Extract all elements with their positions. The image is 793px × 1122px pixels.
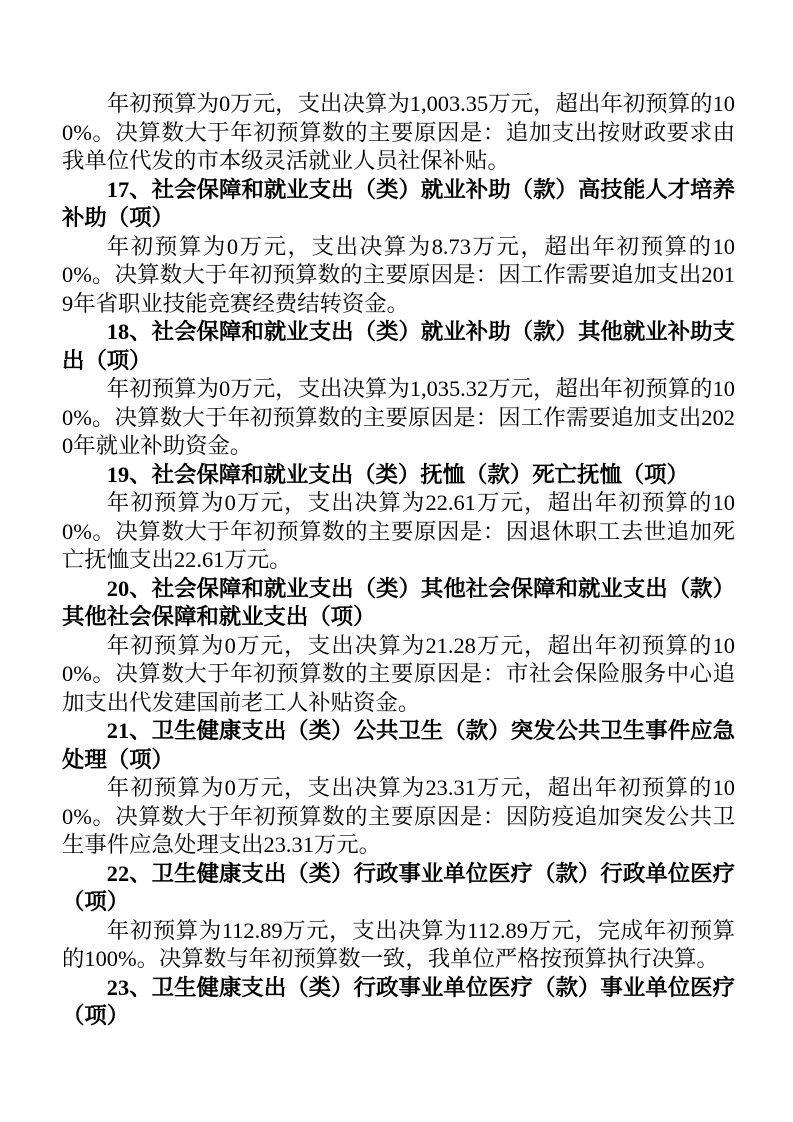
paragraph-item-22: 年初预算为112.89万元，支出决算为112.89万元，完成年初预算的100%。…	[62, 917, 735, 974]
heading-item-23: 23、卫生健康支出（类）行政事业单位医疗（款）事业单位医疗（项）	[62, 974, 735, 1031]
paragraph-item-21: 年初预算为0万元，支出决算为23.31万元，超出年初预算的100%。决算数大于年…	[62, 774, 735, 860]
heading-item-18: 18、社会保障和就业支出（类）就业补助（款）其他就业补助支出（项）	[62, 318, 735, 375]
heading-item-19: 19、社会保障和就业支出（类）抚恤（款）死亡抚恤（项）	[62, 461, 735, 490]
heading-item-22: 22、卫生健康支出（类）行政事业单位医疗（款）行政单位医疗（项）	[62, 860, 735, 917]
heading-item-17: 17、社会保障和就业支出（类）就业补助（款）高技能人才培养补助（项）	[62, 176, 735, 233]
document-page: 年初预算为0万元，支出决算为1,003.35万元，超出年初预算的100%。决算数…	[0, 0, 793, 1122]
paragraph-item-18: 年初预算为0万元，支出决算为1,035.32万元，超出年初预算的100%。决算数…	[62, 375, 735, 461]
paragraph-item-17: 年初预算为0万元，支出决算为8.73万元，超出年初预算的100%。决算数大于年初…	[62, 233, 735, 319]
heading-item-21: 21、卫生健康支出（类）公共卫生（款）突发公共卫生事件应急处理（项）	[62, 717, 735, 774]
paragraph-item-19: 年初预算为0万元，支出决算为22.61万元，超出年初预算的100%。决算数大于年…	[62, 489, 735, 575]
heading-item-20: 20、社会保障和就业支出（类）其他社会保障和就业支出（款）其他社会保障和就业支出…	[62, 575, 735, 632]
paragraph-item-16-continued: 年初预算为0万元，支出决算为1,003.35万元，超出年初预算的100%。决算数…	[62, 90, 735, 176]
paragraph-item-20: 年初预算为0万元，支出决算为21.28万元，超出年初预算的100%。决算数大于年…	[62, 632, 735, 718]
